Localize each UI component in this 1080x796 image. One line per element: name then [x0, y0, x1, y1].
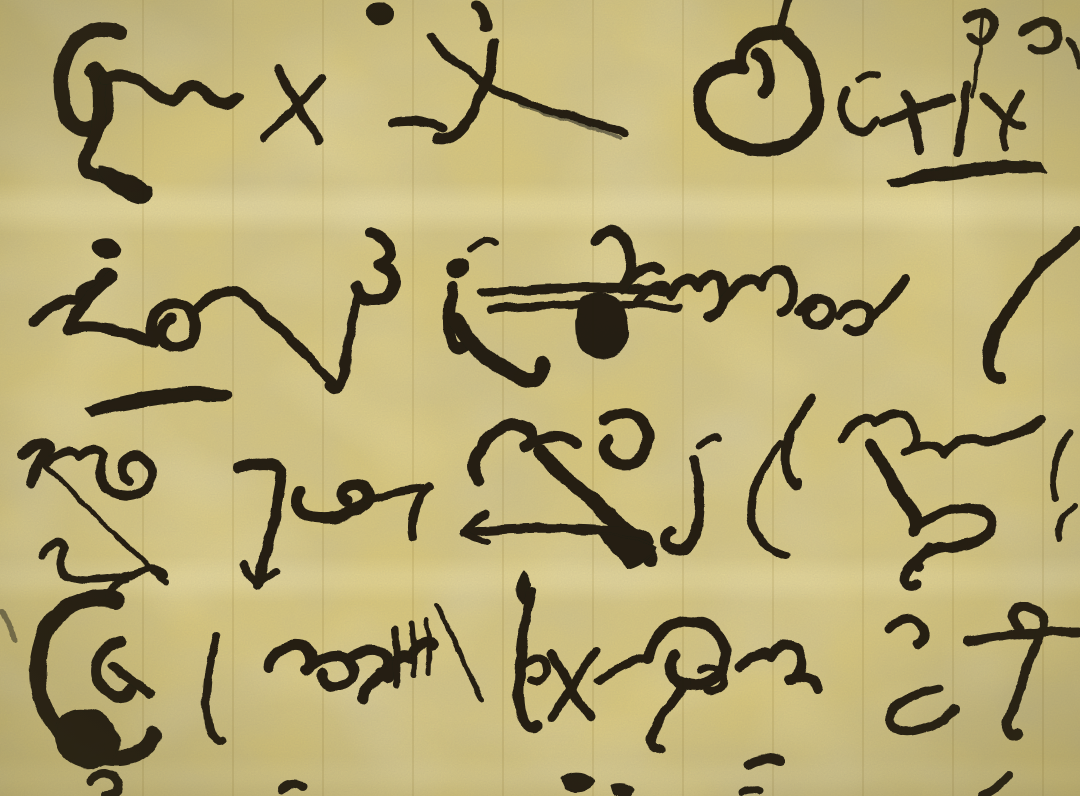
vignette-overlay [0, 0, 1080, 796]
calligraphy-canvas [0, 0, 1080, 796]
calligraphy-artwork [0, 0, 1080, 796]
